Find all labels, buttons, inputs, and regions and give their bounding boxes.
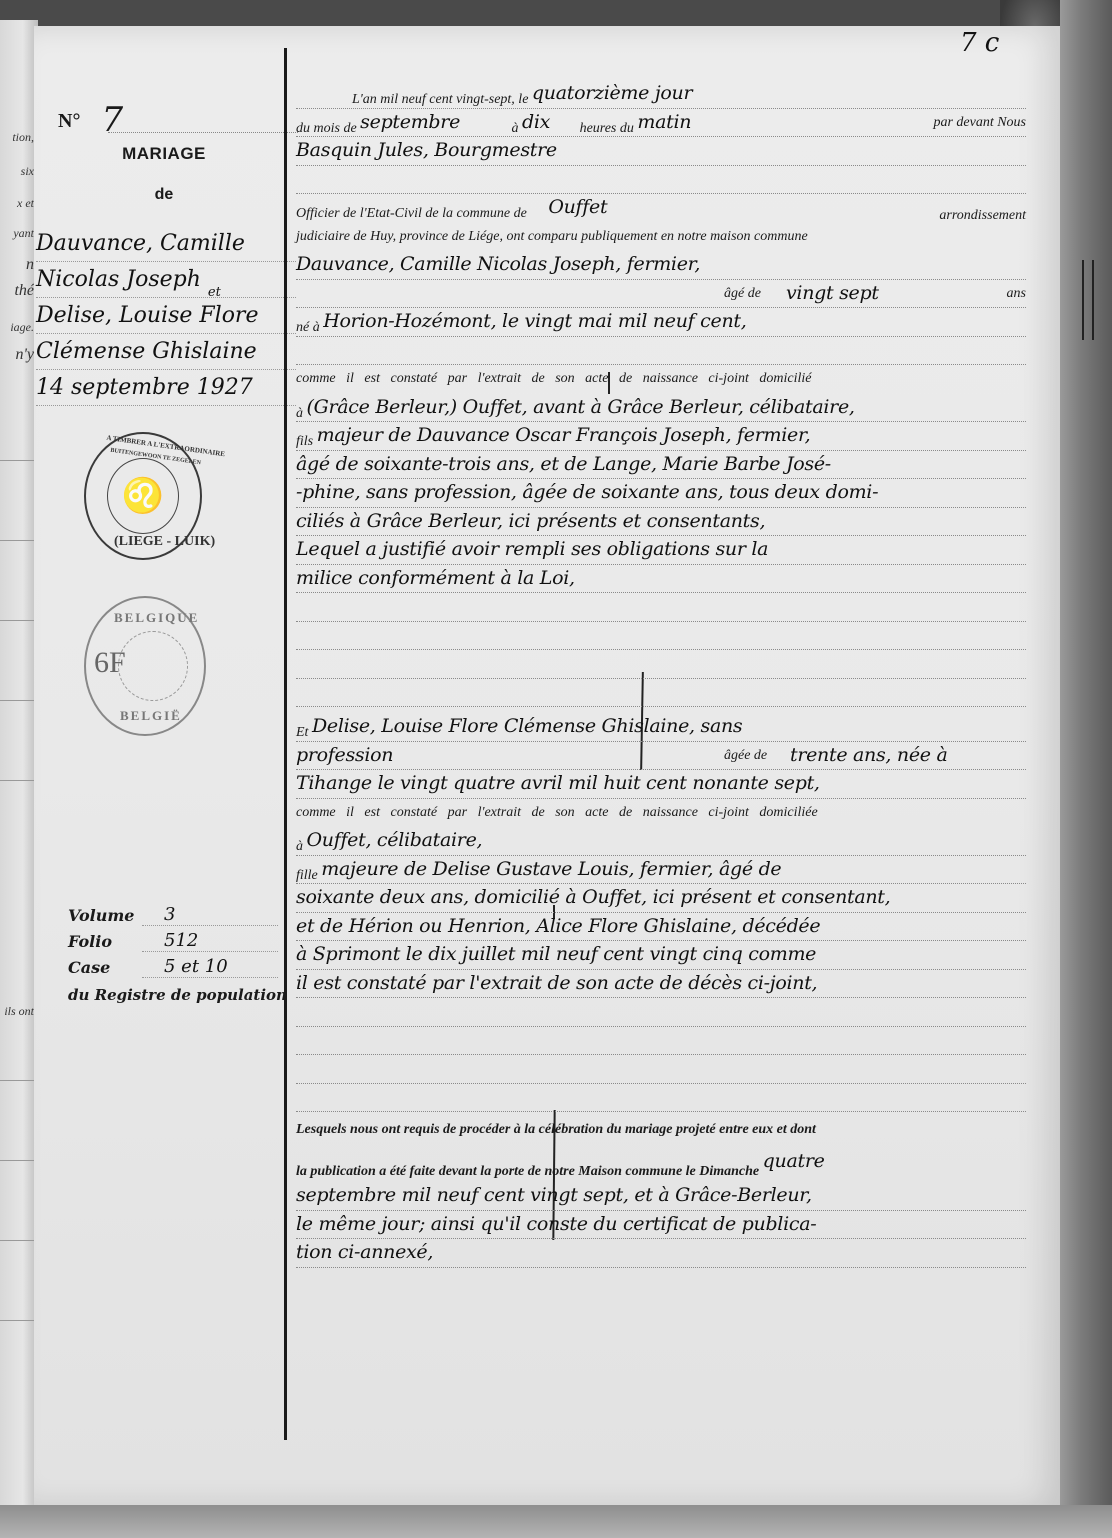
printed-text: Et (296, 725, 308, 740)
act-body: L'an mil neuf cent vingt-sept, le quator… (296, 80, 1026, 1268)
ruled-line (0, 1080, 34, 1081)
blank-line (296, 998, 1026, 1027)
printed-text: Lesquels nous ont requis de procéder à l… (296, 1122, 816, 1137)
prev-page-fragment: iage. (10, 320, 34, 335)
prev-page-fragment: n (26, 256, 34, 274)
officer-line-1: Officier de l'Etat-Civil de la commune d… (296, 194, 1026, 223)
tax-stamp-liege: A TIMBRER A L'EXTRAORDINAIRE BUITENGEWOO… (84, 432, 202, 560)
printed-text: L'an mil neuf cent vingt-sept, le (352, 92, 528, 107)
printed-text: né à (296, 320, 320, 335)
ruled-line (0, 1240, 34, 1241)
handwritten-text: et de Hérion ou Henrion, Alice Flore Ghi… (296, 915, 820, 937)
bride-age-line: profession âgée de trente ans, née à (296, 742, 1026, 771)
register-label: Volume (68, 906, 134, 925)
blank-line (296, 650, 1026, 679)
printed-text: par devant Nous (933, 115, 1026, 131)
groom-domicile-line: à (Grâce Berleur,) Ouffet, avant à Grâce… (296, 394, 1026, 423)
book-bottom-edge (0, 1505, 1112, 1538)
groom-constate-line: comme il est constaté par l'extrait de s… (296, 365, 1026, 394)
handwritten-groom-domicile: (Grâce Berleur,) Ouffet, avant à Grâce B… (307, 396, 855, 418)
dotted-line (142, 951, 278, 952)
printed-text: âgé de (724, 286, 761, 302)
prev-page-fragment: n'y (15, 346, 34, 364)
groom-parents-line-3: -phine, sans profession, âgée de soixant… (296, 479, 1026, 508)
bride-surname: Delise, Louise Flore (36, 298, 296, 334)
handwritten-text: -phine, sans profession, âgée de soixant… (296, 481, 878, 503)
register-case: Case 5 et 10 (68, 958, 288, 984)
printed-text: judiciaire de Huy, province de Liége, on… (296, 229, 808, 244)
dotted-line (142, 925, 278, 926)
ruled-line (0, 460, 34, 461)
dotted-line (108, 132, 298, 133)
stamp-top-text: BELGIQUE (114, 610, 199, 626)
conjunction-et: et (208, 285, 221, 300)
handwritten-text: septembre mil neuf cent vingt sept, et à… (296, 1184, 812, 1206)
handwritten-text: à Sprimont le dix juillet mil neuf cent … (296, 943, 816, 965)
intro-line-1: L'an mil neuf cent vingt-sept, le quator… (296, 80, 1026, 109)
handwritten-text: profession (296, 744, 393, 766)
bride-parents-line-3: et de Hérion ou Henrion, Alice Flore Ghi… (296, 913, 1026, 942)
book-top-edge (0, 0, 1112, 26)
printed-text: comme il est constaté par l'extrait de s… (296, 371, 811, 386)
groom-given-names-text: Nicolas Joseph (36, 267, 201, 292)
groom-given-names: Nicolas Joseph et (36, 262, 296, 298)
stamp-bottom-text: BELGIË (120, 708, 182, 724)
register-value: 512 (164, 930, 198, 951)
lion-emblem-icon: ♌ (107, 458, 179, 534)
handwritten-text: majeure de Delise Gustave Louis, fermier… (321, 858, 781, 880)
printed-text: fils (296, 434, 313, 449)
groom-militia-line-1: Lequel a justifié avoir rempli ses oblig… (296, 536, 1026, 565)
blank-line (296, 166, 1026, 195)
groom-name-line: Dauvance, Camille Nicolas Joseph, fermie… (296, 251, 1026, 280)
printed-text: du mois de (296, 121, 357, 136)
handwritten-groom-birth: Horion-Hozémont, le vingt mai mil neuf c… (323, 310, 746, 332)
blank-line (296, 622, 1026, 651)
blank-line (296, 679, 1026, 708)
handwritten-text: il est constaté par l'extrait de son act… (296, 972, 817, 994)
handwritten-text: âgé de soixante-trois ans, et de Lange, … (296, 453, 831, 475)
publication-line-2: la publication a été faite devant la por… (296, 1148, 1026, 1182)
printed-text: heures du (580, 121, 634, 136)
blank-line (296, 337, 1026, 366)
bride-parents-line-5: il est constaté par l'extrait de son act… (296, 970, 1026, 999)
blank-line (296, 593, 1026, 622)
groom-surname: Dauvance, Camille (36, 226, 296, 262)
page-note: 7 c (960, 28, 999, 58)
bride-parents-line-2: soixante deux ans, domicilié à Ouffet, i… (296, 884, 1026, 913)
groom-militia-line-2: milice conformément à la Loi, (296, 565, 1026, 594)
handwritten-groom-name: Dauvance, Camille Nicolas Joseph, fermie… (296, 253, 700, 275)
handwritten-text: quatre (763, 1150, 825, 1172)
act-title: MARIAGE (34, 144, 294, 164)
blank-line (296, 1084, 1026, 1113)
handwritten-bride-name: Delise, Louise Flore Clémense Ghislaine,… (312, 715, 742, 737)
officer-line-2: judiciaire de Huy, province de Liége, on… (296, 223, 1026, 252)
prev-page-fragment: x et (17, 196, 34, 211)
handwritten-bride-birth: Tihange le vingt quatre avril mil huit c… (296, 772, 820, 794)
book-spine-edge (1060, 0, 1112, 1538)
column-divider (284, 48, 287, 1440)
stamp-value: 6F (94, 646, 126, 680)
ruled-line (0, 620, 34, 621)
spouses-names: Dauvance, Camille Nicolas Joseph et Deli… (36, 226, 296, 406)
groom-parents-line-4: ciliés à Grâce Berleur, ici présents et … (296, 508, 1026, 537)
coat-of-arms-icon (118, 631, 188, 701)
prev-page-fragment: six (21, 164, 34, 179)
register-label: Case (68, 958, 110, 977)
act-number: N° 7 (58, 96, 123, 136)
handwritten-time-of-day: matin (637, 111, 691, 133)
prev-page-fragment: thé (14, 282, 34, 300)
handwritten-text: majeur de Dauvance Oscar François Joseph… (317, 424, 811, 446)
bride-given-names: Clémense Ghislaine (36, 334, 296, 370)
printed-text: âgée de (724, 748, 767, 764)
act-number-label: N° (58, 110, 80, 132)
blank-line (296, 1027, 1026, 1056)
ruled-line (0, 1320, 34, 1321)
printed-text: fille (296, 868, 318, 883)
groom-parents-line-2: âgé de soixante-trois ans, et de Lange, … (296, 451, 1026, 480)
register-value: 3 (164, 904, 175, 925)
printed-text: à (296, 839, 303, 854)
bride-name-line: Et Delise, Louise Flore Clémense Ghislai… (296, 713, 1026, 742)
handwritten-text: milice conformément à la Loi, (296, 567, 575, 589)
register-value: 5 et 10 (164, 956, 228, 977)
act-number-value: 7 (101, 100, 123, 140)
publication-line-3: septembre mil neuf cent vingt sept, et à… (296, 1182, 1026, 1211)
left-margin-column: N° 7 MARIAGE de Dauvance, Camille Nicola… (34, 26, 284, 1506)
act-title-de: de (34, 186, 294, 204)
handwritten-hour: dix (522, 111, 550, 133)
marriage-date: 14 septembre 1927 (36, 370, 296, 406)
population-register-ref: Volume 3 Folio 512 Case 5 et 10 du Regis… (68, 906, 288, 1004)
handwritten-bride-age: trente ans, née à (790, 744, 948, 766)
publication-line-5: tion ci-annexé, (296, 1239, 1026, 1268)
handwritten-text: soixante deux ans, domicilié à Ouffet, i… (296, 886, 890, 908)
groom-birth-line: né à Horion-Hozémont, le vingt mai mil n… (296, 308, 1026, 337)
bride-birth-line: Tihange le vingt quatre avril mil huit c… (296, 770, 1026, 799)
handwritten-text: tion ci-annexé, (296, 1241, 433, 1263)
previous-page-edge: tion, six x et yant n thé iage. n'y ils … (0, 20, 38, 1520)
handwritten-text: Lequel a justifié avoir rempli ses oblig… (296, 538, 768, 560)
publication-line-4: le même jour; ainsi qu'il conste du cert… (296, 1211, 1026, 1240)
printed-text: ans (1007, 286, 1026, 302)
stamp-bottom-text: (LIEGE - LUIK) (114, 534, 215, 550)
spine-mark (1082, 260, 1094, 340)
handwritten-day: quatorzième jour (532, 82, 692, 104)
ruled-line (0, 1160, 34, 1161)
ruled-line (0, 540, 34, 541)
register-label: Folio (68, 932, 112, 951)
printed-text: Officier de l'Etat-Civil de la commune d… (296, 206, 527, 221)
handwritten-bride-domicile: Ouffet, célibataire, (307, 829, 483, 851)
intro-line-3: Basquin Jules, Bourgmestre (296, 137, 1026, 166)
bride-constate-line: comme il est constaté par l'extrait de s… (296, 799, 1026, 828)
printed-text: à (296, 406, 303, 421)
printed-text: la publication a été faite devant la por… (296, 1164, 759, 1179)
publication-line-1: Lesquels nous ont requis de procéder à l… (296, 1112, 1026, 1148)
bride-domicile-line: à Ouffet, célibataire, (296, 827, 1026, 856)
revenue-stamp-belgique: BELGIQUE 6F BELGIË (84, 596, 206, 736)
handwritten-text: le même jour; ainsi qu'il conste du cert… (296, 1213, 816, 1235)
handwritten-month: septembre (360, 111, 460, 133)
prev-page-fragment: tion, (12, 130, 34, 145)
handwritten-officer: Basquin Jules, Bourgmestre (296, 139, 557, 161)
register-volume: Volume 3 (68, 906, 288, 932)
handwritten-text: ciliés à Grâce Berleur, ici présents et … (296, 510, 765, 532)
register-folio: Folio 512 (68, 932, 288, 958)
handwritten-groom-age: vingt sept (786, 282, 879, 304)
ruled-line (0, 700, 34, 701)
dotted-line (142, 977, 278, 978)
prev-page-fragment: ils ont (4, 1004, 34, 1019)
groom-age-line: âgé de vingt sept ans (296, 280, 1026, 309)
bride-parents-line-1: fille majeure de Delise Gustave Louis, f… (296, 856, 1026, 885)
printed-text: à (512, 121, 519, 136)
groom-parents-line-1: fils majeur de Dauvance Oscar François J… (296, 422, 1026, 451)
ruled-line (0, 780, 34, 781)
register-footer: du Registre de population (68, 986, 288, 1004)
bride-parents-line-4: à Sprimont le dix juillet mil neuf cent … (296, 941, 1026, 970)
printed-text: comme il est constaté par l'extrait de s… (296, 805, 818, 820)
blank-line (296, 1055, 1026, 1084)
handwritten-commune: Ouffet (548, 196, 607, 218)
prev-page-fragment: yant (13, 226, 34, 241)
intro-line-2: du mois de septembre à dix heures du mat… (296, 109, 1026, 138)
